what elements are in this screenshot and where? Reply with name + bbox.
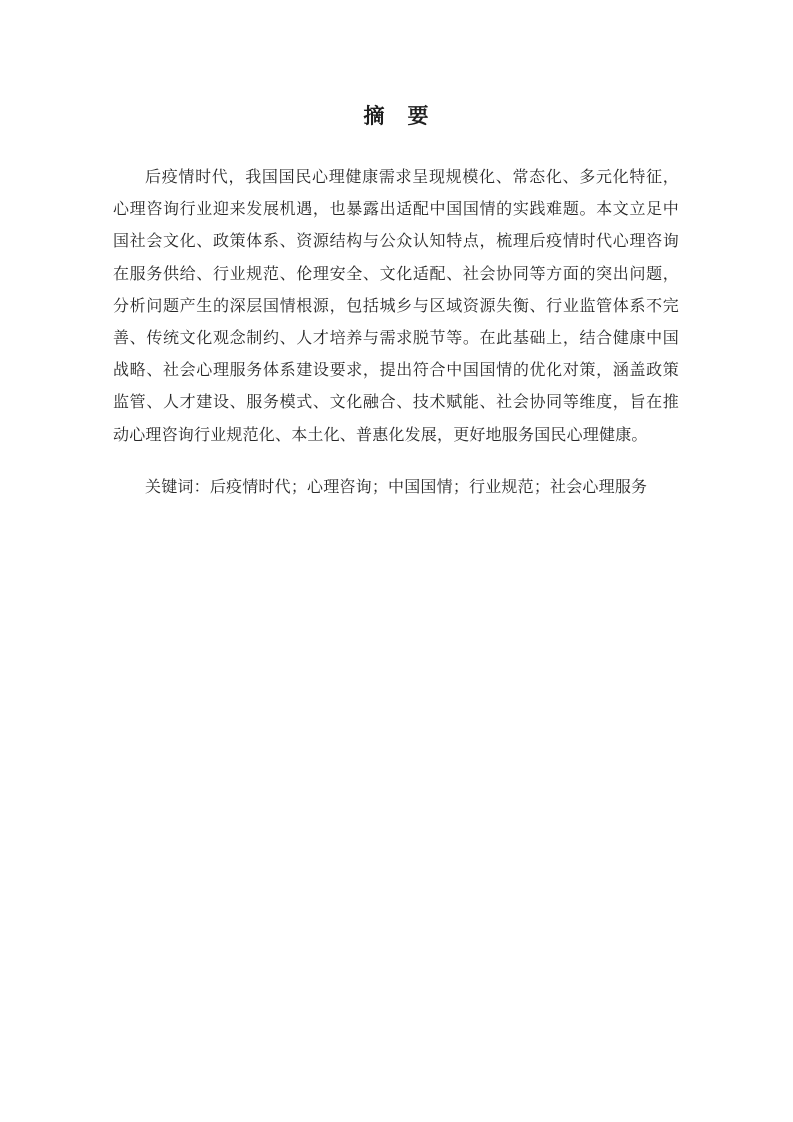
abstract-paragraph: 后疫情时代，我国国民心理健康需求呈现规模化、常态化、多元化特征，心理咨询行业迎来…	[113, 162, 679, 452]
document-page: 摘 要 后疫情时代，我国国民心理健康需求呈现规模化、常态化、多元化特征，心理咨询…	[0, 0, 793, 1122]
abstract-title: 摘 要	[0, 100, 793, 132]
keywords-line: 关键词：后疫情时代；心理咨询；中国国情；行业规范；社会心理服务	[113, 472, 679, 504]
keywords-text: 后疫情时代；心理咨询；中国国情；行业规范；社会心理服务	[210, 479, 647, 496]
abstract-body: 后疫情时代，我国国民心理健康需求呈现规模化、常态化、多元化特征，心理咨询行业迎来…	[113, 162, 679, 504]
keywords-label: 关键词：	[145, 479, 210, 496]
